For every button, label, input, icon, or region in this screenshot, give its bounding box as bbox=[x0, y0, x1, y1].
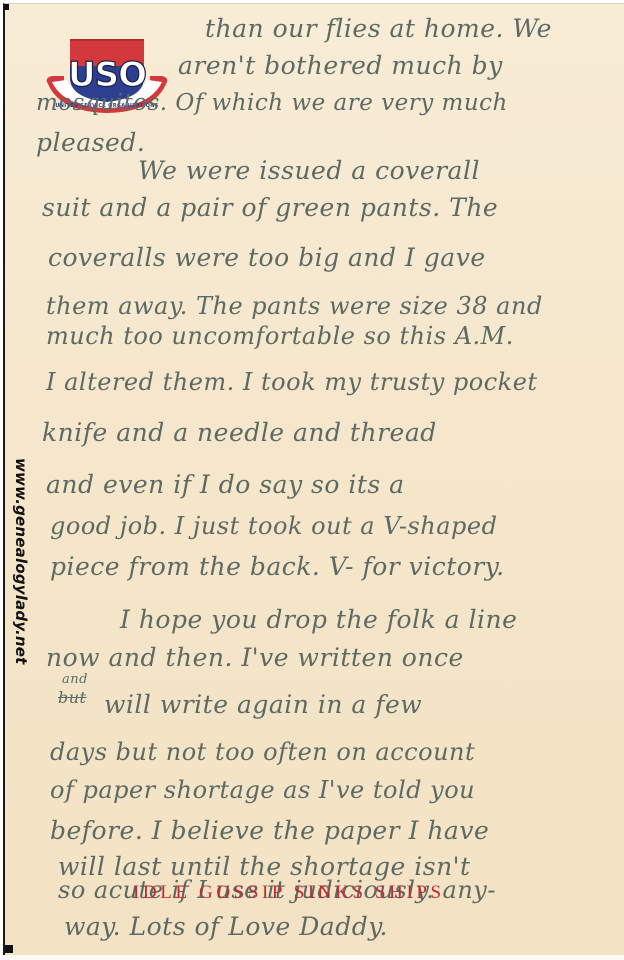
letter-line: good job. I just took out a V-shaped bbox=[50, 512, 497, 540]
scan-edge bbox=[5, 4, 9, 10]
svg-text:USO: USO bbox=[68, 55, 146, 95]
letter-line: and even if I do say so its a bbox=[46, 470, 405, 499]
inserted-word: and bbox=[62, 672, 88, 687]
letter-line: I altered them. I took my trusty pocket bbox=[46, 368, 538, 396]
watermark: www.genealogylady.net bbox=[12, 458, 30, 664]
letter-line: We were issued a coverall bbox=[138, 156, 480, 185]
letter-line: will write again in a few bbox=[104, 690, 422, 719]
scan-edge bbox=[5, 945, 13, 953]
letter-line: suit and a pair of green pants. The bbox=[42, 193, 498, 222]
letter-line: days but not too often on account bbox=[50, 738, 475, 766]
letter-line: much too uncomfortable so this A.M. bbox=[46, 322, 514, 350]
letter-line: coveralls were too big and I gave bbox=[48, 243, 486, 272]
letter-line: way. Lots of Love Daddy. bbox=[64, 912, 388, 941]
letterhead-slogan: IDLE GOSSIP SINKS SHIPS bbox=[133, 882, 445, 904]
struck-word: but bbox=[58, 688, 86, 707]
scan-margin bbox=[3, 955, 624, 960]
letter-line: than our flies at home. We bbox=[205, 14, 552, 43]
letter-line: now and then. I've written once bbox=[46, 643, 464, 672]
letter-line: knife and a needle and thread bbox=[42, 418, 437, 447]
letter-line: of paper shortage as I've told you bbox=[50, 776, 475, 804]
letter-line: before. I believe the paper I have bbox=[50, 816, 489, 845]
letter-line: pleased. bbox=[36, 128, 145, 157]
letter-line: them away. The pants were size 38 and bbox=[46, 292, 543, 320]
letter-line: mosquitos. Of which we are very much bbox=[36, 90, 508, 116]
letter-line: I hope you drop the folk a line bbox=[120, 605, 517, 634]
letter-line: aren't bothered much by bbox=[178, 51, 503, 80]
letter-line: piece from the back. V- for victory. bbox=[50, 552, 505, 581]
